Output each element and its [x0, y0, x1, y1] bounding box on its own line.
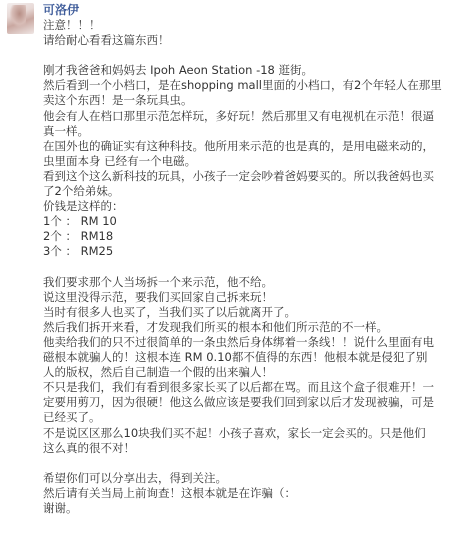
- post-text-line: 3个 ： RM25: [43, 244, 471, 259]
- post-text-line: 谢谢。: [43, 501, 471, 516]
- post-text-line: 然后请有关当局上前询查！这根本就是在诈骗（：: [43, 486, 471, 501]
- post-text-line: 然后看到一个小档口，是在shopping mall里面的小档口，有2个年轻人在那…: [43, 78, 471, 93]
- post-text-line: 注意！！！: [43, 18, 471, 33]
- post-text-line: 人的版权，然后自己制造一个假的出来骗人！: [43, 365, 471, 380]
- post-text-line: 真一样。: [43, 124, 471, 139]
- post-text-line: 我们要求那个人当场拆一个来示范，他不给。: [43, 275, 471, 290]
- post-text-line: 他卖给我们的只不过很简单的一条虫然后身体绑着一条线！！说什么里面有电: [43, 335, 471, 350]
- blank-line: [43, 456, 471, 471]
- post-text-line: 1个 ： RM 10: [43, 214, 471, 229]
- post-text-line: 卖这个东西！是一条玩具虫。: [43, 93, 471, 108]
- post-text-line: 看到这个这么新科技的玩具，小孩子一定会吵着爸妈要买的。所以我爸妈也买: [43, 169, 471, 184]
- author-avatar[interactable]: [7, 3, 34, 34]
- post-text-line: 2个 ： RM18: [43, 229, 471, 244]
- profile-photo-icon: [10, 5, 26, 27]
- post-text-line: 请给耐心看看这篇东西！: [43, 33, 471, 48]
- post-text-line: 不是说区区那么10块我们买不起！小孩子喜欢，家长一定会买的。只是他们: [43, 426, 471, 441]
- blank-line: [43, 48, 471, 63]
- post-text-line: 定要用剪刀，因为很硬！他这么做应该是要我们回到家以后才发现被骗，可是: [43, 395, 471, 410]
- author-name-link[interactable]: 可洛伊: [43, 3, 471, 18]
- post-text-line: 了2个给弟妹。: [43, 184, 471, 199]
- post-text-line: 刚才我爸爸和妈妈去 Ipoh Aeon Station -18 逛街。: [43, 63, 471, 78]
- post-text-line: 已经买了。: [43, 410, 471, 425]
- post-text-line: 然后我们拆开来看，才发现我们所买的根本和他们所示范的不一样。: [43, 320, 471, 335]
- post-body: 注意！！！请给耐心看看这篇东西！刚才我爸爸和妈妈去 Ipoh Aeon Stat…: [43, 18, 471, 516]
- post-text-line: 在国外也的确证实有这种科技。他所用来示范的也是真的，是用电磁来动的，: [43, 139, 471, 154]
- blank-line: [43, 260, 471, 275]
- post-content: 可洛伊 注意！！！请给耐心看看这篇东西！刚才我爸爸和妈妈去 Ipoh Aeon …: [43, 3, 471, 516]
- post-text-line: 他会有人在档口那里示范怎样玩，多好玩！然后那里又有电视机在示范！很逼: [43, 109, 471, 124]
- post-text-line: 虫里面本身 已经有一个电磁。: [43, 154, 471, 169]
- post-text-line: 当时有很多人也买了，当我们买了以后就离开了。: [43, 305, 471, 320]
- post-text-line: 这么真的很不对！: [43, 441, 471, 456]
- post-text-line: 不只是我们，我们有看到很多家长买了以后都在骂。而且这个盒子很难开！一: [43, 380, 471, 395]
- post-text-line: 希望你们可以分享出去，得到关注。: [43, 471, 471, 486]
- post-text-line: 价钱是这样的：: [43, 199, 471, 214]
- post-text-line: 说这里没得示范，要我们买回家自己拆来玩！: [43, 290, 471, 305]
- post-text-line: 磁根本就骗人的！这根本连 RM 0.10都不值得的东西！他根本就是侵犯了别: [43, 350, 471, 365]
